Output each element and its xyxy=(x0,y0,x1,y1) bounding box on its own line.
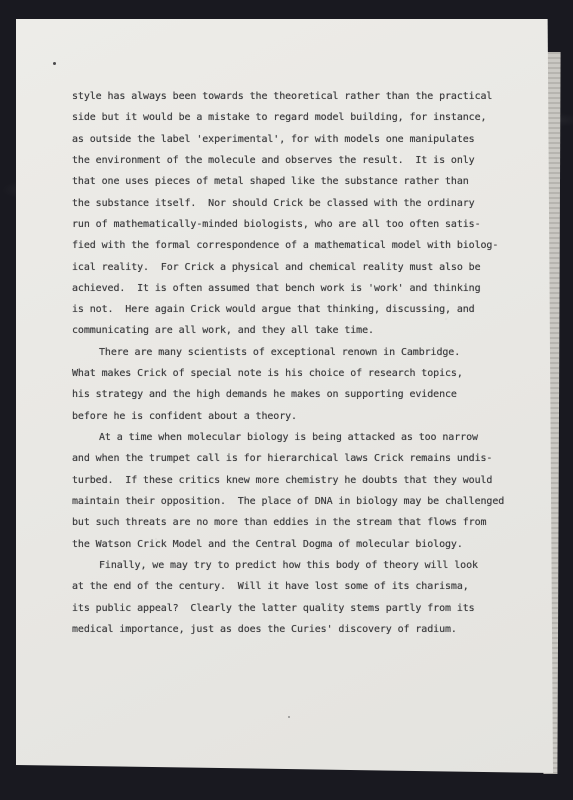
photo-background: style has always been towards the theore… xyxy=(0,0,573,800)
text-line: ical reality. For Crick a physical and c… xyxy=(72,257,522,278)
text-line: side but it would be a mistake to regard… xyxy=(72,107,522,128)
text-line: run of mathematically-minded biologists,… xyxy=(72,214,522,235)
text-line: achieved. It is often assumed that bench… xyxy=(72,278,522,299)
text-line: at the end of the century. Will it have … xyxy=(72,576,522,597)
text-line: What makes Crick of special note is his … xyxy=(72,363,522,384)
text-line: communicating are all work, and they all… xyxy=(72,320,522,341)
ink-speck xyxy=(53,62,56,65)
text-line: Finally, we may try to predict how this … xyxy=(72,555,522,576)
text-line: as outside the label 'experimental', for… xyxy=(72,129,522,150)
text-line: that one uses pieces of metal shaped lik… xyxy=(72,171,522,192)
text-line: his strategy and the high demands he mak… xyxy=(72,384,522,405)
ink-speck xyxy=(288,716,290,718)
text-line: is not. Here again Crick would argue tha… xyxy=(72,299,522,320)
text-line: the environment of the molecule and obse… xyxy=(72,150,522,171)
text-line: fied with the formal correspondence of a… xyxy=(72,235,522,256)
text-line: but such threats are no more than eddies… xyxy=(72,512,522,533)
typewritten-text: style has always been towards the theore… xyxy=(72,86,522,640)
text-line: At a time when molecular biology is bein… xyxy=(72,427,522,448)
text-line: maintain their opposition. The place of … xyxy=(72,491,522,512)
text-line: before he is confident about a theory. xyxy=(72,406,522,427)
document-page: style has always been towards the theore… xyxy=(16,19,553,773)
text-line: its public appeal? Clearly the latter qu… xyxy=(72,598,522,619)
text-line: the Watson Crick Model and the Central D… xyxy=(72,534,522,555)
text-line: and when the trumpet call is for hierarc… xyxy=(72,448,522,469)
text-line: medical importance, just as does the Cur… xyxy=(72,619,522,640)
text-line: turbed. If these critics knew more chemi… xyxy=(72,470,522,491)
text-line: the substance itself. Nor should Crick b… xyxy=(72,193,522,214)
text-line: style has always been towards the theore… xyxy=(72,86,522,107)
ink-speck xyxy=(326,247,328,249)
text-line: There are many scientists of exceptional… xyxy=(72,342,522,363)
